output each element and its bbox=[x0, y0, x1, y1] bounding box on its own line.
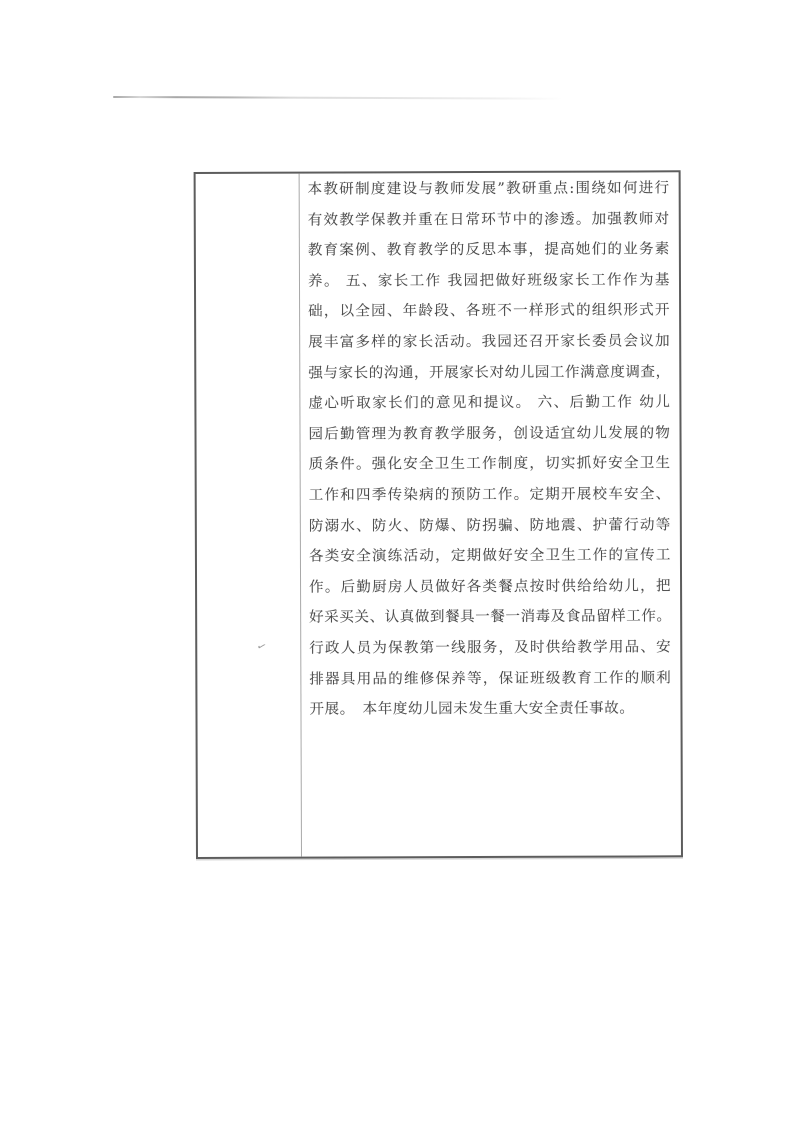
content-line-6: 展丰富多样的家长活动。我园还召开家长委员会议加 bbox=[308, 326, 670, 358]
table-cell-content: 本教研制度建设与教师发展”教研重点:围绕如何进行 有效教学保教并重在日常环节中的… bbox=[300, 172, 681, 856]
content-line-7: 强与家长的沟通，开展家长对幼儿园工作满意度调查， bbox=[308, 357, 670, 389]
content-line-16: 行政人员为保教第一线服务，及时供给教学用品、安 bbox=[309, 632, 671, 664]
content-line-15: 好采买关、认真做到餐具一餐一消毒及食品留样工作。 bbox=[309, 602, 671, 634]
content-line-4: 养。 五、家长工作 我园把做好班级家长工作作为基 bbox=[308, 265, 670, 297]
content-line-13: 各类安全演练活动，定期做好安全卫生工作的宣传工 bbox=[309, 540, 671, 572]
content-line-12: 防溺水、防火、防爆、防拐骗、防地震、护蕾行动等 bbox=[309, 510, 671, 542]
content-line-14: 作。后勤厨房人员做好各类餐点按时供给给幼儿，把 bbox=[309, 571, 671, 603]
content-line-3: 教育案例、教育教学的反思本事，提高她们的业务素 bbox=[308, 235, 670, 267]
content-line-11: 工作和四季传染病的预防工作。定期开展校车安全、 bbox=[309, 479, 671, 511]
scan-artifact-line bbox=[113, 96, 563, 100]
content-line-2: 有效教学保教并重在日常环节中的渗透。加强教师对 bbox=[308, 204, 670, 236]
content-line-5: 础，以全园、年龄段、各班不一样形式的组织形式开 bbox=[308, 296, 670, 328]
content-line-17: 排器具用品的维修保养等，保证班级教育工作的顺利 bbox=[309, 663, 671, 695]
content-line-8: 虚心听取家长们的意见和提议。 六、后勤工作 幼儿 bbox=[308, 387, 670, 419]
checkmark-speck: ✓ bbox=[255, 640, 268, 654]
content-line-10: 质条件。强化安全卫生工作制度，切实抓好安全卫生 bbox=[309, 449, 671, 481]
scanned-page: ✓ 本教研制度建设与教师发展”教研重点:围绕如何进行 有效教学保教并重在日常环节… bbox=[0, 0, 793, 1122]
record-table: ✓ 本教研制度建设与教师发展”教研重点:围绕如何进行 有效教学保教并重在日常环节… bbox=[194, 170, 683, 859]
content-line-1: 本教研制度建设与教师发展”教研重点:围绕如何进行 bbox=[308, 173, 670, 205]
content-line-18: 开展。 本年度幼儿园未发生重大安全责任事故。 bbox=[309, 693, 671, 725]
table-cell-label: ✓ bbox=[196, 174, 302, 857]
content-line-9: 园后勤管理为教育教学服务，创设适宜幼儿发展的物 bbox=[308, 418, 670, 450]
